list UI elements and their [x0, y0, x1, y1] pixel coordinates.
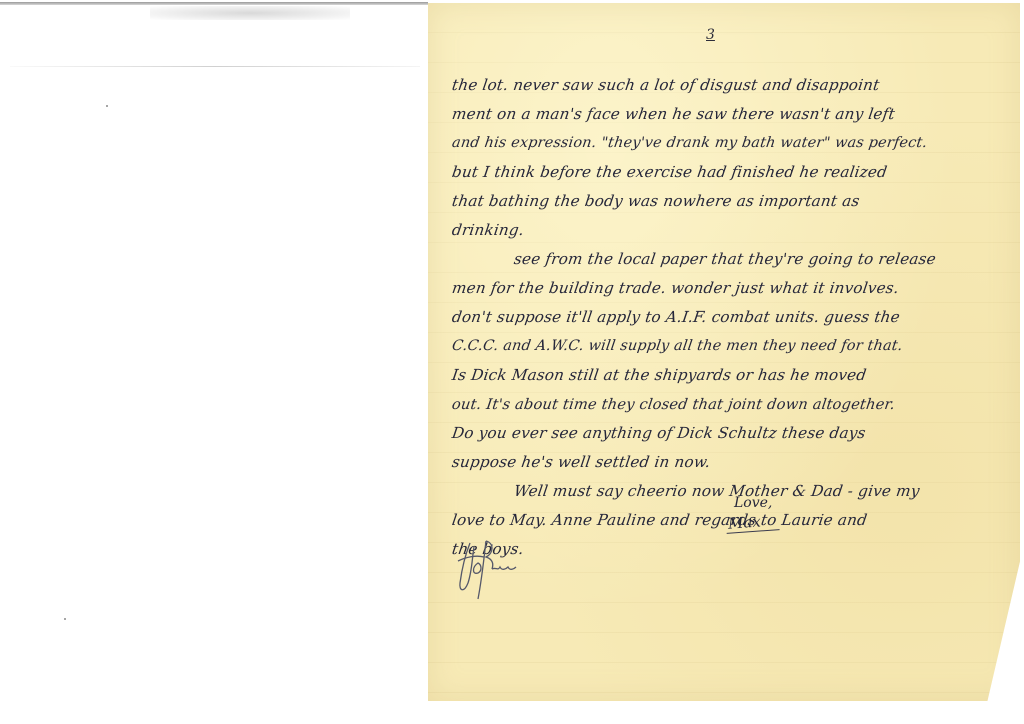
letter-line: Is Dick Mason still at the shipyards or …	[450, 361, 1024, 390]
letter-closing: Love, Max	[726, 495, 779, 532]
letter-line: drinking.	[450, 216, 1024, 245]
letter-line: ment on a man's face when he saw there w…	[450, 100, 1024, 129]
letter-line: the boys.	[450, 535, 1024, 564]
speck	[106, 105, 108, 107]
letter-line: see from the local paper that they're go…	[450, 245, 1024, 274]
scan-smudge	[150, 6, 350, 20]
letter-body: the lot. never saw such a lot of disgust…	[450, 71, 1020, 564]
letter-line: and his expression. "they've drank my ba…	[450, 129, 1024, 158]
letter-line: don't suppose it'll apply to A.I.F. comb…	[450, 303, 1024, 332]
closing-name: Max	[725, 511, 779, 534]
faint-fold-line	[10, 66, 420, 67]
scanned-document: 3 the lot. never saw such a lot of disgu…	[0, 0, 1024, 724]
censor-signature-icon	[448, 523, 528, 603]
letter-line: suppose he's well settled in now.	[450, 448, 1024, 477]
letter-page: 3 the lot. never saw such a lot of disgu…	[428, 3, 1020, 701]
letter-line: men for the building trade. wonder just …	[450, 274, 1024, 303]
blank-left-page	[0, 0, 428, 724]
speck	[64, 618, 66, 620]
letter-line: the lot. never saw such a lot of disgust…	[450, 71, 1024, 100]
letter-line: C.C.C. and A.W.C. will supply all the me…	[450, 332, 1024, 361]
letter-line: Do you ever see anything of Dick Schultz…	[450, 419, 1024, 448]
scan-edge-line	[0, 2, 428, 5]
closing-salutation: Love,	[726, 495, 779, 511]
page-number: 3	[706, 27, 715, 43]
letter-line: but I think before the exercise had fini…	[450, 158, 1024, 187]
letter-line: that bathing the body was nowhere as imp…	[450, 187, 1024, 216]
letter-line: out. It's about time they closed that jo…	[450, 390, 1024, 419]
